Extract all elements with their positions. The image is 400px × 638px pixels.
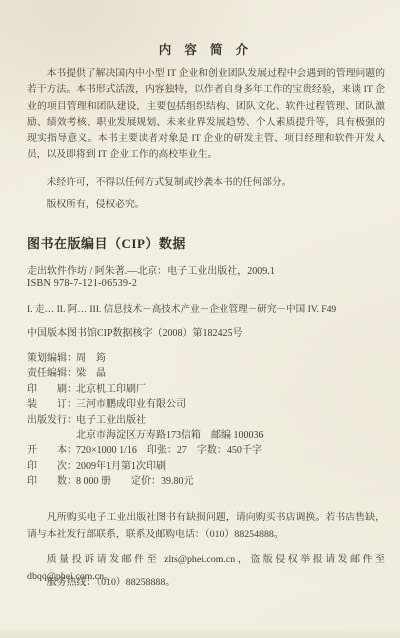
colophon-value: 8 000 册 定价：39.80元 (76, 476, 194, 487)
colophon-label: 印 刷： (27, 382, 76, 397)
colophon-label: 责任编辑： (27, 366, 76, 381)
colophon-row: 印 数：8 000 册 定价：39.80元 (27, 474, 387, 489)
colophon-row: 装 订：三河市鹏成印业有限公司 (27, 397, 387, 412)
cip-heading: 图书在版编目（CIP）数据 (27, 233, 385, 252)
colophon-label: 出版发行： (27, 413, 76, 428)
colophon-value: 周 筠 (76, 353, 106, 364)
colophon-label: 印 次： (27, 459, 76, 474)
content-summary-title: 内 容 简 介 (27, 40, 385, 58)
colophon-value: 720×1000 1/16 印张：27 字数：450千字 (76, 445, 262, 456)
colophon-value: 2009年1月第1次印刷 (76, 461, 166, 472)
permission-notice: 未经许可，不得以任何方式复制或抄袭本书的任何部分。 (27, 175, 385, 191)
cip-classification: I. 走… II. 阿… III. 信息技术－高技术产业－企业管理－研究－中国 … (27, 301, 387, 315)
colophon-label: 开 本： (27, 443, 76, 458)
service-hotline: 服务热线：（010）88258888。 (27, 574, 385, 591)
isbn-line: ISBN 978-7-121-06539-2 (27, 278, 387, 289)
cip-entry: 走出软件作坊 / 阿朱著.—北京：电子工业出版社，2009.1 (27, 262, 387, 277)
exchange-notice: 凡所购买电子工业出版社图书有缺损问题，请向购买书店调换。若书店售缺，请与本社发行… (27, 509, 385, 543)
colophon-label: 策划编辑： (27, 351, 76, 366)
colophon-row: 开 本：720×1000 1/16 印张：27 字数：450千字 (27, 443, 387, 458)
colophon-row: 责任编辑：梁 晶 (27, 366, 387, 381)
colophon-value: 北京市海淀区万寿路173信箱 邮编 100036 (76, 430, 264, 441)
colophon-value: 三河市鹏成印业有限公司 (76, 399, 186, 410)
summary-paragraph: 本书提供了解决国内中小型 IT 企业和创业团队发展过程中会遇到的管理问题的若干方… (27, 66, 385, 164)
colophon-row: 印 次：2009年1月第1次印刷 (27, 459, 387, 474)
colophon-value: 电子工业出版社 (76, 415, 146, 426)
colophon-row: 策划编辑：周 筠 (27, 351, 387, 366)
colophon-value: 梁 晶 (76, 368, 106, 379)
colophon-row: 印 刷：北京机工印刷厂 (27, 382, 387, 397)
copyright-page: 内 容 简 介 本书提供了解决国内中小型 IT 企业和创业团队发展过程中会遇到的… (0, 0, 400, 638)
colophon-label: 装 订： (27, 397, 76, 412)
copyright-notice: 版权所有，侵权必究。 (27, 197, 385, 213)
colophon-value: 北京机工印刷厂 (76, 384, 146, 395)
colophon-label: 印 数： (27, 474, 76, 489)
colophon-row: 北京市海淀区万寿路173信箱 邮编 100036 (27, 428, 387, 443)
colophon-block: 策划编辑：周 筠 责任编辑：梁 晶 印 刷：北京机工印刷厂 装 订：三河市鹏成印… (27, 351, 387, 490)
colophon-row: 出版发行：电子工业出版社 (27, 413, 387, 428)
cip-registry-number: 中国版本图书馆CIP数据核字（2008）第182425号 (27, 324, 387, 339)
